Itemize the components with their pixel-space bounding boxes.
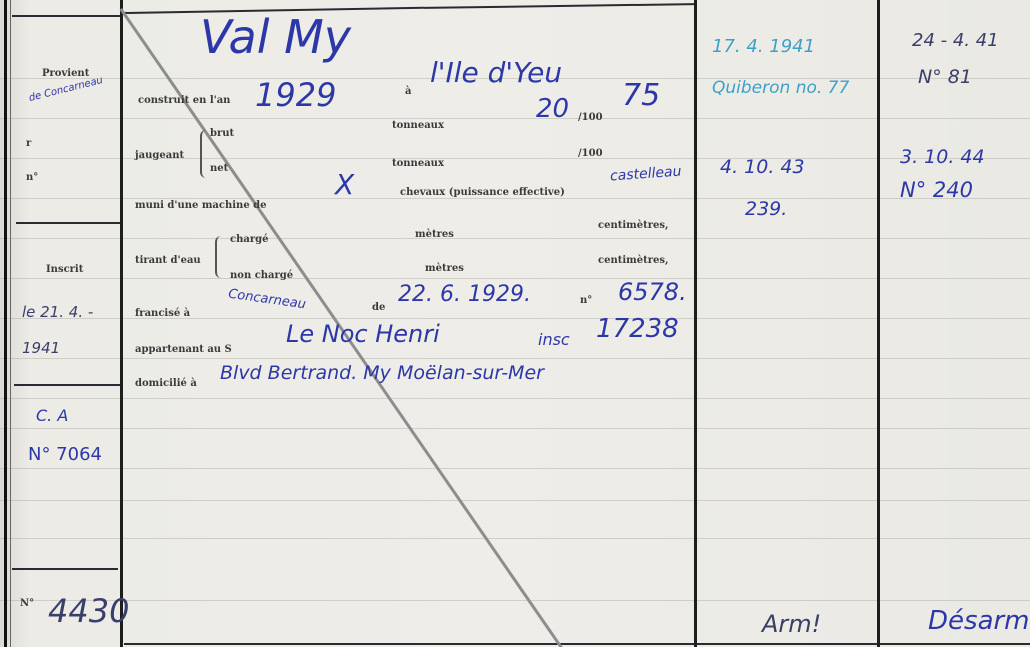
col4-entry1-number: N° 81 [918, 66, 972, 88]
metres-charge-label: mètres [415, 229, 454, 240]
col3-entry1-text: Quiberon no. 77 [712, 78, 849, 98]
inscrit-date: le 21. 4. - 1941 [22, 294, 112, 366]
per100-net: /100 [578, 148, 603, 159]
brace [215, 236, 223, 278]
net-label: net [210, 163, 228, 174]
brace [200, 130, 208, 178]
domicile-value: Blvd Bertrand. My Moëlan-sur-Mer [220, 362, 544, 384]
col3-entry2-number: 239. [745, 198, 787, 220]
section-line [697, 643, 877, 645]
a-label: à [405, 86, 411, 97]
francise-label: francisé à [135, 308, 190, 319]
col4-entry1-date: 24 - 4. 41 [912, 30, 999, 51]
jaugeant-label: jaugeant [135, 150, 184, 161]
section-line [880, 643, 1030, 645]
col4-entry2-number: N° 240 [900, 178, 973, 202]
row-label-r: r [26, 138, 31, 149]
domicile-label: domicilié à [135, 378, 197, 389]
metres-non-charge-label: mètres [425, 263, 464, 274]
column-divider [877, 0, 880, 647]
inscrit-label: Inscrit [46, 264, 83, 275]
machine-label: muni d'une machine de [135, 200, 267, 211]
ledger-page: Provient de Concarneau r n° Inscrit le 2… [0, 0, 1030, 647]
charge-label: chargé [230, 234, 268, 245]
de-label: de [372, 302, 385, 313]
column-divider [120, 0, 123, 647]
provient-value: de Concarneau [28, 75, 104, 104]
section-line [124, 643, 694, 645]
non-charge-label: non chargé [230, 270, 293, 281]
construit-year: 1929 [255, 76, 336, 114]
no-label: N° [20, 598, 34, 609]
francise-number: 6578. [618, 278, 687, 306]
n-label: n° [580, 295, 592, 306]
chevaux-value: castelleau [610, 164, 682, 185]
section-line [12, 568, 118, 570]
tonneaux-net-label: tonneaux [392, 158, 444, 169]
tonnage-brut: 20 [536, 94, 569, 124]
owner-number: 17238 [596, 314, 679, 344]
tonnage-brut-fraction: 75 [622, 78, 660, 113]
centimetres-non-charge-label: centimètres, [598, 255, 668, 266]
column-divider [10, 0, 11, 647]
chevaux-label: chevaux (puissance effective) [400, 187, 565, 198]
vessel-name: Val My [200, 10, 351, 64]
col3-entry1-date: 17. 4. 1941 [712, 36, 815, 57]
row-label-no: n° [26, 172, 38, 183]
owner-name: Le Noc Henri [286, 320, 440, 348]
francise-place: Concarneau [227, 287, 306, 313]
section-line [14, 384, 120, 386]
ca-number: N° 7064 [28, 444, 102, 465]
col4-entry2-date: 3. 10. 44 [900, 146, 985, 168]
provient-label: Provient [42, 68, 89, 79]
construit-place: l'Ile d'Yeu [430, 56, 562, 89]
section-line [424, 3, 694, 9]
no-value: 4430 [48, 592, 129, 630]
col3-bottom-text: Arm! [762, 610, 821, 638]
machine-value: X [335, 168, 354, 201]
francise-date: 22. 6. 1929. [398, 282, 531, 307]
section-line [16, 222, 120, 224]
tonneaux-brut-label: tonneaux [392, 120, 444, 131]
centimetres-charge-label: centimètres, [598, 220, 668, 231]
col4-bottom-text: Désarm [928, 606, 1030, 636]
appartenant-label: appartenant au S [135, 344, 232, 355]
ca-label: C. A [36, 406, 68, 425]
tirant-label: tirant d'eau [135, 255, 201, 266]
page-edge-line [4, 0, 7, 647]
owner-ins-label: insc [538, 330, 570, 349]
column-divider [694, 0, 697, 647]
brut-label: brut [210, 128, 234, 139]
construit-label: construit en l'an [138, 95, 230, 106]
col3-entry2-date: 4. 10. 43 [720, 156, 805, 178]
per100-brut: /100 [578, 112, 603, 123]
section-line [12, 15, 120, 17]
